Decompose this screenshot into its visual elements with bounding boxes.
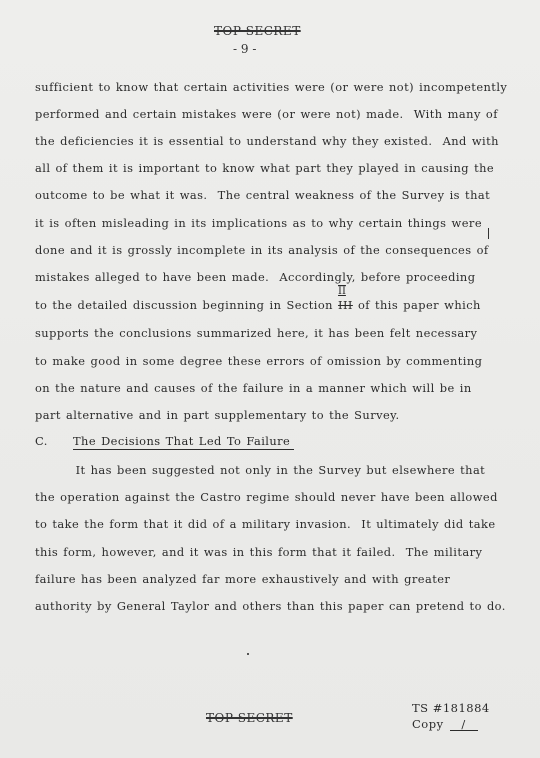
text-line: this form, however, and it was in this f… (35, 545, 482, 559)
text-line: outcome to be what it was. The central w… (35, 188, 490, 202)
text-line: the operation against the Castro regime … (35, 490, 498, 504)
text-line: the deficiencies it is essential to unde… (35, 134, 499, 148)
header-classification-stamp: TOP SECRET (214, 24, 301, 38)
text-line: done and it is grossly incomplete in its… (35, 243, 489, 257)
corrected-section-numeral: II (338, 286, 346, 297)
copy-number: / (450, 718, 478, 731)
text-line: to take the form that it did of a milita… (35, 517, 496, 531)
text-fragment: of this paper which (353, 298, 481, 312)
section-title: The Decisions That Led To Failure (73, 434, 294, 450)
document-control-block: TS #181884 Copy/ (412, 700, 490, 732)
text-line: on the nature and causes of the failure … (35, 381, 472, 395)
text-line: performed and certain mistakes were (or … (35, 107, 498, 121)
document-page: TOP SECRET - 9 - sufficient to know that… (0, 0, 540, 758)
handwritten-correction: IIIII (338, 298, 353, 312)
section-label: C. (35, 434, 48, 448)
copy-label: Copy (412, 717, 444, 731)
footer-classification-stamp: TOP SECRET (206, 711, 293, 725)
text-line: all of them it is important to know what… (35, 161, 494, 175)
text-line: it is often misleading in its implicatio… (35, 216, 482, 230)
control-number: TS #181884 (412, 700, 490, 716)
page-number: - 9 - (233, 42, 256, 56)
struck-section-numeral: III (338, 298, 353, 312)
text-line: authority by General Taylor and others t… (35, 599, 506, 613)
text-line: It has been suggested not only in the Su… (35, 463, 485, 477)
copy-line: Copy/ (412, 716, 490, 732)
text-line: sufficient to know that certain activiti… (35, 80, 507, 94)
text-line-section-reference: to the detailed discussion beginning in … (35, 298, 481, 312)
stray-ink-mark (247, 653, 249, 655)
text-line: mistakes alleged to have been made. Acco… (35, 270, 475, 284)
text-fragment: to the detailed discussion beginning in … (35, 298, 338, 312)
text-line: supports the conclusions summarized here… (35, 326, 477, 340)
text-line: failure has been analyzed far more exhau… (35, 572, 450, 586)
margin-change-bar (488, 228, 489, 239)
text-line: to make good in some degree these errors… (35, 354, 482, 368)
text-line: part alternative and in part supplementa… (35, 408, 400, 422)
